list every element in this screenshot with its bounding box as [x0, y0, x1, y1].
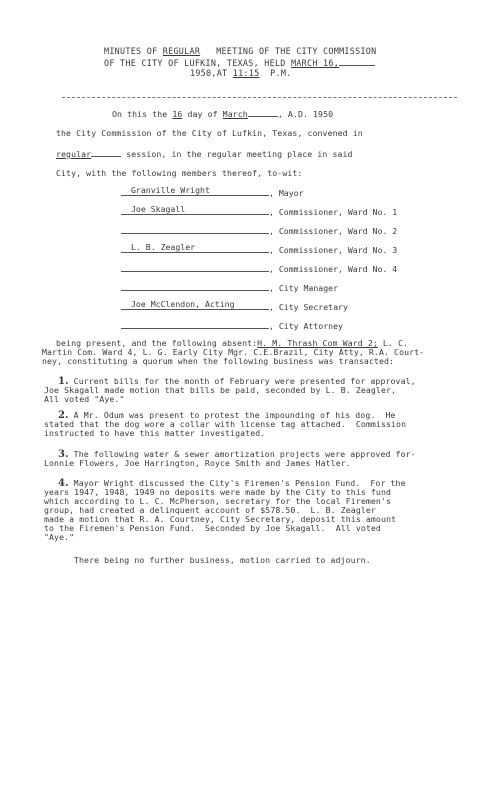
member-name-field: Joe McClendon, Acting: [121, 300, 269, 310]
divider-rule: [62, 97, 457, 98]
member-name-field: [121, 224, 269, 234]
member-name-field: Granville Wright: [121, 186, 269, 196]
header-suffix: MEETING OF THE CITY COMMISSION: [216, 46, 376, 56]
item-4-line-6: to the Firemen's Pension Fund. Seconded …: [44, 523, 381, 533]
meeting-date: MARCH 16,: [291, 58, 339, 68]
opening-line-2: the City Commission of the City of Lufki…: [56, 128, 363, 138]
item-text: All voted "Aye.": [44, 394, 124, 404]
item-3-line-2: Lonnie Flowers, Joe Harrington, Royce Sm…: [44, 458, 351, 468]
member-name: Joe Skagall: [131, 204, 185, 214]
member-title: , City Secretary: [269, 302, 348, 312]
item-text: instructed to have this matter investiga…: [44, 428, 265, 438]
member-title: , Commissioner, Ward No. 1: [269, 207, 397, 217]
blank-line: [248, 108, 278, 117]
item-1-line-3: All voted "Aye.": [44, 394, 124, 404]
meeting-time: 11:15: [233, 68, 260, 78]
opening-text: City, with the following members thereof…: [56, 168, 302, 178]
member-row: Joe Skagall, Commissioner, Ward No. 1: [121, 205, 397, 217]
member-row: Granville Wright, Mayor: [121, 186, 304, 198]
member-name-field: [121, 262, 269, 272]
header-line-1: MINUTES OF REGULAR MEETING OF THE CITY C…: [104, 46, 376, 56]
member-title: , Commissioner, Ward No. 3: [269, 245, 397, 255]
item-text: Lonnie Flowers, Joe Harrington, Royce Sm…: [44, 458, 351, 468]
member-row: , City Attorney: [121, 319, 343, 331]
member-name: Joe McClendon, Acting: [131, 299, 235, 309]
member-name-field: Joe Skagall: [121, 205, 269, 215]
meeting-day: 16: [172, 109, 182, 119]
attendance-line-3: ney, constituting a quorum when the foll…: [42, 356, 394, 366]
member-row: L. B. Zeagler, Commissioner, Ward No. 3: [121, 243, 397, 255]
closing-text: There being no further business, motion …: [74, 555, 371, 565]
minutes-document-page: MINUTES OF REGULAR MEETING OF THE CITY C…: [0, 0, 487, 800]
member-name-field: [121, 319, 269, 329]
opening-line-3: regular session, in the regular meeting …: [56, 148, 353, 159]
member-row: , Commissioner, Ward No. 4: [121, 262, 397, 274]
member-name: L. B. Zeagler: [131, 242, 195, 252]
opening-text: day of: [187, 109, 217, 119]
item-text: to the Firemen's Pension Fund. Seconded …: [44, 523, 381, 533]
meeting-type: REGULAR: [163, 46, 200, 56]
attendance-text: ney, constituting a quorum when the foll…: [42, 356, 394, 366]
member-title: , Commissioner, Ward No. 2: [269, 226, 397, 236]
member-name-field: L. B. Zeagler: [121, 243, 269, 253]
member-title: , Commissioner, Ward No. 4: [269, 264, 397, 274]
closing-line: There being no further business, motion …: [74, 555, 371, 565]
item-4-line-7: "Aye.": [44, 532, 74, 542]
header-line-2: OF THE CITY OF LUFKIN, TEXAS, HELD MARCH…: [104, 57, 375, 68]
member-row: Joe McClendon, Acting, City Secretary: [121, 300, 348, 312]
blank-line: [91, 148, 121, 157]
member-title: , City Manager: [269, 283, 338, 293]
opening-line-4: City, with the following members thereof…: [56, 168, 302, 178]
member-name: Granville Wright: [131, 185, 210, 195]
member-title: , City Attorney: [269, 321, 343, 331]
opening-line-1: On this the 16 day of March, A.D. 1950: [112, 108, 333, 119]
member-row: , Commissioner, Ward No. 2: [121, 224, 397, 236]
header-prefix: MINUTES OF: [104, 46, 157, 56]
opening-text: session, in the regular meeting place in…: [126, 149, 352, 159]
header-ampm: P.M.: [270, 68, 291, 78]
blank-line: [339, 57, 375, 66]
opening-text: On this the: [112, 109, 167, 119]
item-text: "Aye.": [44, 532, 74, 542]
meeting-month: March: [223, 109, 248, 119]
session-type: regular: [56, 149, 91, 159]
member-name-field: [121, 281, 269, 291]
opening-year: , A.D. 1950: [278, 109, 333, 119]
member-row: , City Manager: [121, 281, 338, 293]
opening-text: the City Commission of the City of Lufki…: [56, 128, 363, 138]
member-title: , Mayor: [269, 188, 304, 198]
header-line-3: 1950,AT 11:15 P.M.: [190, 68, 292, 78]
header-year: 1950,AT: [190, 68, 227, 78]
item-2-line-3: instructed to have this matter investiga…: [44, 428, 265, 438]
header-city: OF THE CITY OF LUFKIN, TEXAS, HELD: [104, 58, 286, 68]
